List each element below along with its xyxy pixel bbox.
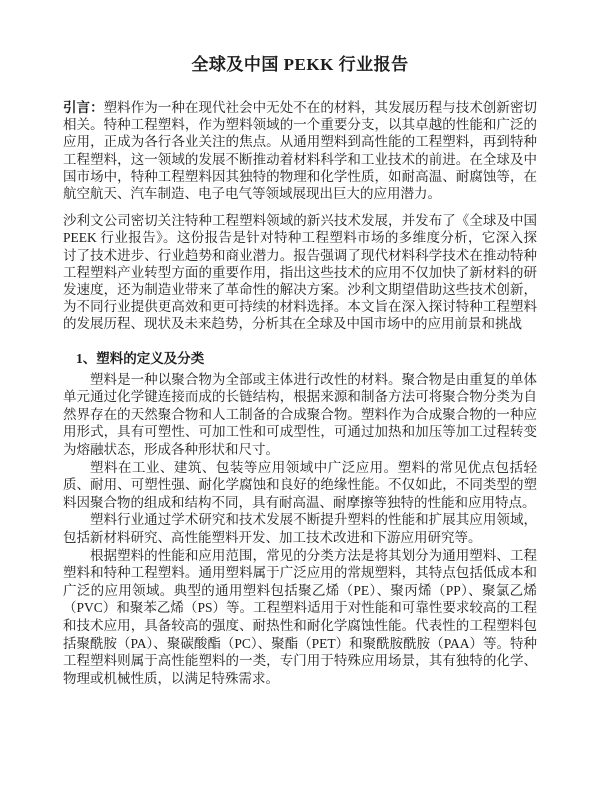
page-title: 全球及中国 PEKK 行业报告 xyxy=(63,50,537,75)
section-1-paragraph-3: 塑料行业通过学术研究和技术发展不断提升塑料的性能和扩展其应用领域，包括新材料研究… xyxy=(63,511,537,546)
intro-paragraph-2-text: 沙利文公司密切关注特种工程塑料领域的新兴技术发展，并发布了《全球及中国 PEEK… xyxy=(63,213,537,331)
document-page: 全球及中国 PEKK 行业报告 引言：塑料作为一种在现代社会中无处不在的材料，其… xyxy=(0,0,600,800)
intro-paragraph-2: 沙利文公司密切关注特种工程塑料领域的新兴技术发展，并发布了《全球及中国 PEEK… xyxy=(63,212,537,332)
section-1-heading: 1、塑料的定义及分类 xyxy=(63,347,537,367)
intro-paragraph-1-text: 塑料作为一种在现代社会中无处不在的材料，其发展历程与技术创新密切相关。特种工程塑… xyxy=(63,100,537,201)
section-1-paragraph-4: 根据塑料的性能和应用范围，常见的分类方法是将其划分为通用塑料、工程塑料和特种工程… xyxy=(63,547,537,688)
section-1-paragraph-1: 塑料是一种以聚合物为全部或主体进行改性的材料。聚合物是由重复的单体单元通过化学键… xyxy=(63,371,537,459)
intro-lead-label: 引言： xyxy=(63,100,104,115)
intro-paragraph-1: 引言：塑料作为一种在现代社会中无处不在的材料，其发展历程与技术创新密切相关。特种… xyxy=(63,99,537,202)
section-1-paragraph-2: 塑料在工业、建筑、包装等应用领域中广泛应用。塑料的常见优点包括轻质、耐用、可塑性… xyxy=(63,459,537,512)
